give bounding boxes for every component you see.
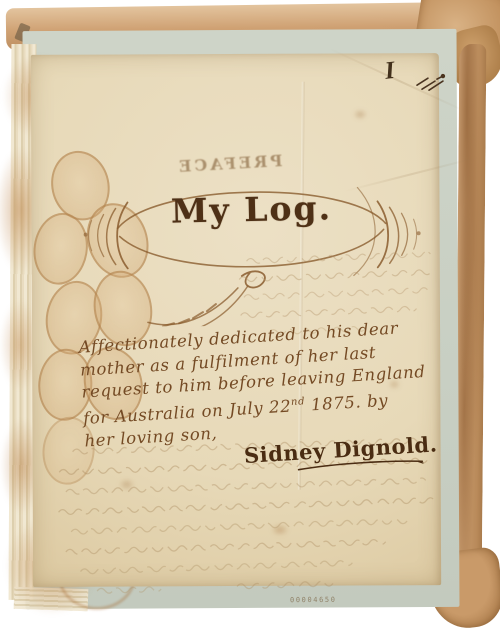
date-ordinal-superscript: nd — [291, 396, 306, 408]
accession-number: 00004650 — [290, 596, 337, 604]
title-text: My Log. — [131, 187, 372, 231]
dedication-line-segment: 1875. by — [305, 390, 389, 414]
manuscript-photo: I PREFACE — [0, 0, 500, 638]
folio-numeral: I — [383, 57, 397, 86]
manuscript-page: I PREFACE — [31, 53, 441, 587]
ink-sprig-ornament — [413, 63, 449, 93]
book-cover-right-edge — [455, 44, 487, 594]
foxing-spot — [353, 109, 367, 119]
dedication-text: Affectionately dedicated to his dear mot… — [78, 315, 442, 485]
